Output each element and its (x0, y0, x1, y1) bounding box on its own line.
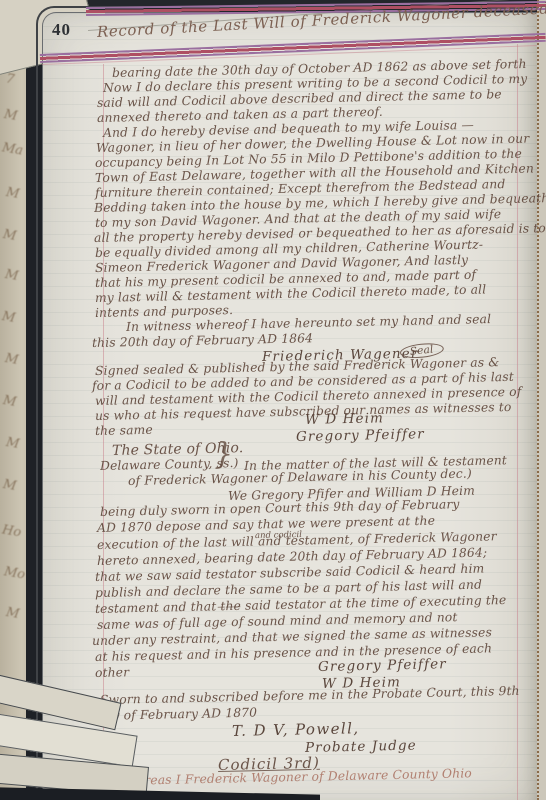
edge-handwriting-fragment: M (5, 185, 21, 202)
right-page-stitched-edge (537, 0, 546, 800)
edge-handwriting-fragment: M (1, 309, 17, 326)
edge-handwriting-fragment: M (3, 107, 19, 124)
edge-handwriting-fragment: M (4, 267, 20, 284)
page-number: 40 (52, 20, 71, 40)
manuscript-line: other (95, 665, 129, 680)
edge-handwriting-fragment: M (5, 435, 21, 452)
edge-handwriting-fragment: Ho (1, 522, 22, 540)
edge-handwriting-fragment: M (2, 227, 18, 244)
edge-handwriting-fragment: 7 (5, 71, 16, 87)
edge-handwriting-fragment: M (4, 351, 20, 368)
edge-handwriting-fragment: M (2, 393, 18, 410)
edge-handwriting-fragment: M (5, 605, 21, 622)
scanned-probate-record-page: Jo7MMaMMMMMMMMHoMoM 40 Record of the Las… (0, 0, 546, 800)
manuscript-line: Gregory Pfeiffer (318, 656, 447, 675)
edge-handwriting-fragment: M (2, 477, 18, 494)
manuscript-line: Gregory Pfeiffer (296, 426, 425, 445)
manuscript-line: Probate Judge (305, 738, 417, 756)
manuscript-line: T. D V, Powell, (232, 719, 360, 740)
manuscript-line: W D Heim (305, 410, 384, 428)
manuscript-line: the same (95, 423, 153, 438)
edge-handwriting-fragment: Ma (1, 140, 24, 158)
edge-handwriting-fragment: Mo (3, 564, 26, 582)
